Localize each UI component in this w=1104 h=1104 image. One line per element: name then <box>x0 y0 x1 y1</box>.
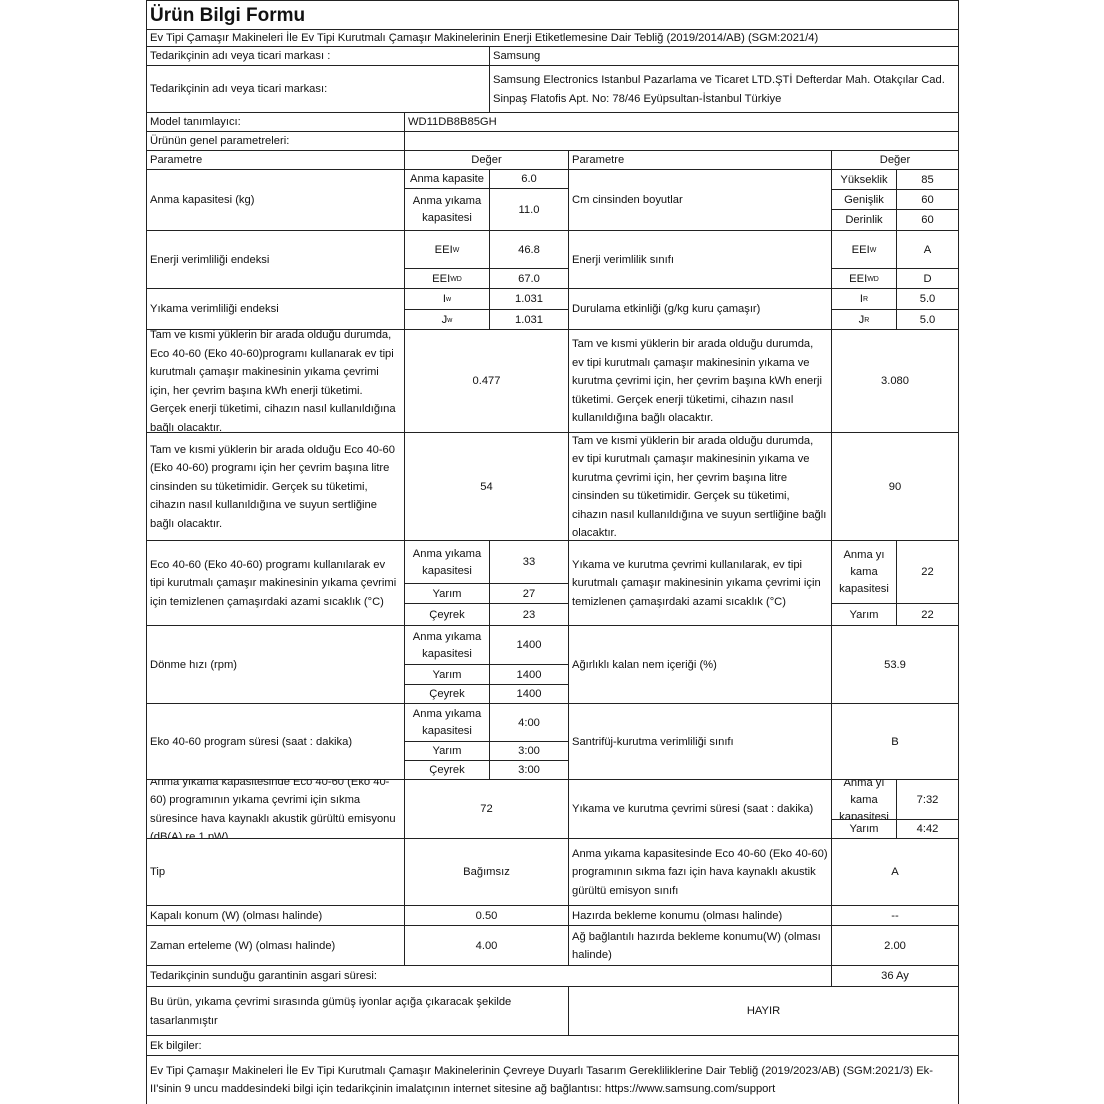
energy-washdry-label: Tam ve kısmi yüklerin bir arada olduğu d… <box>568 329 832 434</box>
delay-start-value: 4.00 <box>404 925 569 967</box>
rinse-eff-value-text: 5.0 <box>920 291 936 308</box>
spin-label-text: Dönme hızı (rpm) <box>150 657 237 674</box>
wash-eff-value-text: 1.031 <box>515 312 543 329</box>
spin-sub-text: Çeyrek <box>429 686 464 703</box>
capacity-value-text: 11.0 <box>519 202 540 219</box>
spin-value-text: 1400 <box>517 637 542 654</box>
temp-washdry-value-text: 22 <box>921 564 933 581</box>
dimensions-label-text: Cm cinsinden boyutlar <box>572 192 683 209</box>
energy-class-value: A <box>896 230 959 270</box>
silver-ions-label: Bu ürün, yıkama çevrimi sırasında gümüş … <box>146 986 569 1037</box>
water-wash-label-text: Tam ve kısmi yüklerin bir arada olduğu E… <box>150 441 401 534</box>
general-params-empty <box>404 131 959 152</box>
duration-label-text: Eko 40-60 program süresi (saat : dakika) <box>150 734 352 751</box>
model-value-text: WD11DB8B85GH <box>408 114 497 131</box>
spin-sub: Yarım <box>404 664 490 686</box>
value-header-right-text: Değer <box>880 152 910 169</box>
dimension-value: 85 <box>896 169 959 191</box>
rinse-eff-value: 5.0 <box>896 309 959 331</box>
wash-eff-label: Yıkama verimliliği endeksi <box>146 288 405 331</box>
warranty-label: Tedarikçinin sunduğu garantinin asgari s… <box>146 965 832 988</box>
wash-eff-value: 1.031 <box>489 288 569 311</box>
temp-wash-value: 23 <box>489 603 569 627</box>
energy-wash-value-text: 0.477 <box>473 373 501 390</box>
warranty-label-text: Tedarikçinin sunduğu garantinin asgari s… <box>150 968 377 985</box>
wash-eff-value: 1.031 <box>489 309 569 331</box>
value-header-left: Değer <box>404 150 569 171</box>
eei-sub: EEIWD <box>404 268 490 290</box>
temp-washdry-label: Yıkama ve kurutma çevrimi kullanılarak, … <box>568 540 832 627</box>
supplier-address-label: Tedarikçinin adı veya ticari markası: <box>146 65 490 114</box>
spin-class-label: Santrifüj-kurutma verimliliği sınıfı <box>568 703 832 781</box>
washdry-duration-label-text: Yıkama ve kurutma çevrimi süresi (saat :… <box>572 801 813 818</box>
model-label: Model tanımlayıcı: <box>146 112 405 133</box>
duration-sub: Yarım <box>404 741 490 762</box>
eei-label-text: Enerji verimliliği endeksi <box>150 252 269 269</box>
washdry-duration-sub: Anma yı kama kapasitesi <box>831 779 897 821</box>
spin-class-value: B <box>831 703 959 781</box>
eei-sub-subscript: W <box>453 242 460 259</box>
rinse-eff-label-text: Durulama etkinliği (g/kg kuru çamaşır) <box>572 301 760 318</box>
supplier-name-label: Tedarikçinin adı veya ticari markası : <box>146 46 490 67</box>
dimension-value: 60 <box>896 209 959 232</box>
temp-washdry-value: 22 <box>896 540 959 605</box>
off-mode-value-text: 0.50 <box>476 908 498 925</box>
dimension-sub: Yükseklik <box>831 169 897 191</box>
dimension-sub: Derinlik <box>831 209 897 232</box>
network-standby-value: 2.00 <box>831 925 959 967</box>
network-standby-label: Ağ bağlantılı hazırda bekleme konumu(W) … <box>568 925 832 967</box>
noise-class-value: A <box>831 838 959 907</box>
moisture-value-text: 53.9 <box>884 657 906 674</box>
energy-washdry-value-text: 3.080 <box>881 373 909 390</box>
wash-eff-sub-subscript: w <box>447 312 452 329</box>
dimension-sub-text: Genişlik <box>844 192 884 209</box>
warranty-value: 36 Ay <box>831 965 959 988</box>
water-washdry-value-text: 90 <box>889 479 901 496</box>
energy-class-sub-subscript: WD <box>867 271 879 288</box>
duration-sub-text: Yarım <box>432 743 461 760</box>
duration-sub-text: Çeyrek <box>429 762 464 779</box>
wash-eff-label-text: Yıkama verimliliği endeksi <box>150 301 279 318</box>
delay-start-value-text: 4.00 <box>476 938 498 955</box>
spin-class-label-text: Santrifüj-kurutma verimliliği sınıfı <box>572 734 734 751</box>
temp-wash-sub: Yarım <box>404 583 490 605</box>
duration-sub: Anma yıkama kapasitesi <box>404 703 490 743</box>
duration-value-text: 3:00 <box>518 743 540 760</box>
supplier-address-label-text: Tedarikçinin adı veya ticari markası: <box>150 81 327 98</box>
silver-ions-label-text: Bu ürün, yıkama çevrimi sırasında gümüş … <box>150 993 565 1030</box>
washdry-duration-value-text: 4:42 <box>917 821 939 838</box>
duration-sub-text: Anma yıkama kapasitesi <box>408 706 486 740</box>
temp-wash-label-text: Eco 40-60 (Eko 40-60) programı kullanıla… <box>150 556 401 612</box>
eei-sub-subscript: WD <box>450 271 462 288</box>
energy-class-value-text: A <box>924 242 931 259</box>
duration-sub: Çeyrek <box>404 760 490 781</box>
washdry-duration-value: 4:42 <box>896 819 959 840</box>
moisture-label: Ağırlıklı kalan nem içeriği (%) <box>568 625 832 705</box>
temp-washdry-sub: Anma yı kama kapasitesi <box>831 540 897 605</box>
supplier-name-value-text: Samsung <box>493 48 540 65</box>
temp-wash-value-text: 33 <box>523 554 535 571</box>
standby-label-text: Hazırda bekleme konumu (olması halinde) <box>572 908 782 925</box>
rinse-eff-label: Durulama etkinliği (g/kg kuru çamaşır) <box>568 288 832 331</box>
duration-value-text: 3:00 <box>518 762 540 779</box>
temp-wash-value-text: 23 <box>523 607 535 624</box>
eei-label: Enerji verimliliği endeksi <box>146 230 405 290</box>
temp-wash-sub-text: Yarım <box>432 586 461 603</box>
type-value-text: Bağımsız <box>463 864 510 881</box>
wash-eff-sub: Jw <box>404 309 490 331</box>
dimensions-label: Cm cinsinden boyutlar <box>568 169 832 232</box>
washdry-duration-label: Yıkama ve kurutma çevrimi süresi (saat :… <box>568 779 832 840</box>
energy-class-sub-text: EEI <box>849 271 867 288</box>
rinse-eff-sub: IR <box>831 288 897 311</box>
param-header-left-text: Parametre <box>150 152 202 169</box>
param-header-right-text: Parametre <box>572 152 624 169</box>
capacity-sub: Anma yıkama kapasitesi <box>404 188 490 232</box>
extra-info-label: Ek bilgiler: <box>146 1035 959 1057</box>
spin-sub-text: Anma yıkama kapasitesi <box>408 629 486 663</box>
energy-class-sub-text: EEI <box>852 242 870 259</box>
delay-start-label-text: Zaman erteleme (W) (olması halinde) <box>150 938 335 955</box>
dimension-sub: Genişlik <box>831 189 897 211</box>
standby-value-text: -- <box>891 908 898 925</box>
dimension-sub-text: Derinlik <box>845 212 882 229</box>
energy-class-label-text: Enerji verimlilik sınıfı <box>572 252 674 269</box>
standby-label: Hazırda bekleme konumu (olması halinde) <box>568 905 832 927</box>
temp-washdry-sub-text: Anma yı kama kapasitesi <box>835 547 893 598</box>
noise-value: 72 <box>404 779 569 840</box>
type-label: Tip <box>146 838 405 907</box>
temp-wash-label: Eco 40-60 (Eko 40-60) programı kullanıla… <box>146 540 405 627</box>
spin-value: 1400 <box>489 625 569 666</box>
dimension-sub-text: Yükseklik <box>840 172 887 189</box>
spin-label: Dönme hızı (rpm) <box>146 625 405 705</box>
water-wash-value-text: 54 <box>480 479 492 496</box>
water-washdry-label: Tam ve kısmi yüklerin bir arada olduğu d… <box>568 432 832 542</box>
type-value: Bağımsız <box>404 838 569 907</box>
param-header-right: Parametre <box>568 150 832 171</box>
type-label-text: Tip <box>150 864 165 881</box>
dimension-value-text: 85 <box>921 172 933 189</box>
energy-class-sub-subscript: W <box>870 242 877 259</box>
temp-washdry-sub: Yarım <box>831 603 897 627</box>
energy-washdry-label-text: Tam ve kısmi yüklerin bir arada olduğu d… <box>572 335 828 428</box>
temp-wash-value: 27 <box>489 583 569 605</box>
energy-class-value: D <box>896 268 959 290</box>
capacity-sub-text: Anma yıkama kapasitesi <box>408 193 486 227</box>
temp-wash-sub: Anma yıkama kapasitesi <box>404 540 490 585</box>
dimension-value-text: 60 <box>921 192 933 209</box>
energy-class-sub: EEIW <box>831 230 897 270</box>
off-mode-label-text: Kapalı konum (W) (olması halinde) <box>150 908 322 925</box>
spin-sub-text: Yarım <box>432 667 461 684</box>
wash-eff-sub: Iw <box>404 288 490 311</box>
energy-wash-label: Tam ve kısmi yüklerin bir arada olduğu d… <box>146 329 405 434</box>
water-washdry-label-text: Tam ve kısmi yüklerin bir arada olduğu d… <box>572 432 828 542</box>
extra-info-text-text: Ev Tipi Çamaşır Makineleri İle Ev Tipi K… <box>150 1062 955 1099</box>
duration-label: Eko 40-60 program süresi (saat : dakika) <box>146 703 405 781</box>
capacity-label: Anma kapasitesi (kg) <box>146 169 405 232</box>
capacity-value: 6.0 <box>489 169 569 190</box>
noise-class-label-text: Anma yıkama kapasitesinde Eco 40-60 (Eko… <box>572 845 828 901</box>
form-title-text: Ürün Bilgi Formu <box>150 4 305 28</box>
duration-value: 3:00 <box>489 741 569 762</box>
eei-value-text: 46.8 <box>518 242 540 259</box>
eei-sub: EEIW <box>404 230 490 270</box>
wash-eff-value-text: 1.031 <box>515 291 543 308</box>
duration-value-text: 4:00 <box>518 715 540 732</box>
energy-washdry-value: 3.080 <box>831 329 959 434</box>
value-header-left-text: Değer <box>471 152 501 169</box>
water-wash-label: Tam ve kısmi yüklerin bir arada olduğu E… <box>146 432 405 542</box>
spin-value: 1400 <box>489 684 569 705</box>
temp-washdry-label-text: Yıkama ve kurutma çevrimi kullanılarak, … <box>572 556 828 612</box>
noise-label: Anma yıkama kapasitesinde Eco 40-60 (Eko… <box>146 779 405 840</box>
supplier-address-value: Samsung Electronics Istanbul Pazarlama v… <box>489 65 959 114</box>
capacity-label-text: Anma kapasitesi (kg) <box>150 192 254 209</box>
duration-value: 4:00 <box>489 703 569 743</box>
eei-value: 67.0 <box>489 268 569 290</box>
washdry-duration-value-text: 7:32 <box>917 792 939 809</box>
off-mode-value: 0.50 <box>404 905 569 927</box>
temp-wash-value: 33 <box>489 540 569 585</box>
dimension-value-text: 60 <box>921 212 933 229</box>
noise-value-text: 72 <box>480 801 492 818</box>
moisture-label-text: Ağırlıklı kalan nem içeriği (%) <box>572 657 717 674</box>
standby-value: -- <box>831 905 959 927</box>
washdry-duration-sub-text: Yarım <box>849 821 878 838</box>
energy-class-label: Enerji verimlilik sınıfı <box>568 230 832 290</box>
delay-start-label: Zaman erteleme (W) (olması halinde) <box>146 925 405 967</box>
noise-label-text: Anma yıkama kapasitesinde Eco 40-60 (Eko… <box>150 779 401 840</box>
rinse-eff-sub: JR <box>831 309 897 331</box>
rinse-eff-sub-subscript: R <box>863 291 868 308</box>
capacity-sub-text: Anma kapasite <box>410 171 484 188</box>
warranty-value-text: 36 Ay <box>881 968 909 985</box>
capacity-sub: Anma kapasite <box>404 169 490 190</box>
extra-info-text: Ev Tipi Çamaşır Makineleri İle Ev Tipi K… <box>146 1055 959 1104</box>
temp-wash-sub-text: Anma yıkama kapasitesi <box>408 546 486 580</box>
general-params-label: Ürünün genel parametreleri: <box>146 131 405 152</box>
supplier-address-value-text: Samsung Electronics Istanbul Pazarlama v… <box>493 71 955 108</box>
temp-wash-value-text: 27 <box>523 586 535 603</box>
extra-info-label-text: Ek bilgiler: <box>150 1038 202 1055</box>
spin-sub: Çeyrek <box>404 684 490 705</box>
washdry-duration-value: 7:32 <box>896 779 959 821</box>
network-standby-value-text: 2.00 <box>884 938 906 955</box>
energy-wash-label-text: Tam ve kısmi yüklerin bir arada olduğu d… <box>150 329 401 434</box>
noise-class-label: Anma yıkama kapasitesinde Eco 40-60 (Eko… <box>568 838 832 907</box>
eei-sub-text: EEI <box>435 242 453 259</box>
silver-ions-value-text: HAYIR <box>747 1003 780 1020</box>
water-wash-value: 54 <box>404 432 569 542</box>
energy-wash-value: 0.477 <box>404 329 569 434</box>
model-value: WD11DB8B85GH <box>404 112 959 133</box>
spin-value-text: 1400 <box>517 686 542 703</box>
temp-wash-sub-text: Çeyrek <box>429 607 464 624</box>
capacity-value-text: 6.0 <box>521 171 537 188</box>
temp-washdry-sub-text: Yarım <box>849 607 878 624</box>
regulation-text-text: Ev Tipi Çamaşır Makineleri İle Ev Tipi K… <box>150 30 818 47</box>
rinse-eff-value: 5.0 <box>896 288 959 311</box>
silver-ions-value: HAYIR <box>568 986 959 1037</box>
eei-value-text: 67.0 <box>518 271 540 288</box>
spin-class-value-text: B <box>891 734 898 751</box>
network-standby-label-text: Ağ bağlantılı hazırda bekleme konumu(W) … <box>572 928 828 965</box>
supplier-name-label-text: Tedarikçinin adı veya ticari markası : <box>150 48 330 65</box>
value-header-right: Değer <box>831 150 959 171</box>
energy-class-sub: EEIWD <box>831 268 897 290</box>
washdry-duration-sub: Yarım <box>831 819 897 840</box>
capacity-value: 11.0 <box>489 188 569 232</box>
noise-class-value-text: A <box>891 864 898 881</box>
temp-washdry-value: 22 <box>896 603 959 627</box>
temp-washdry-value-text: 22 <box>921 607 933 624</box>
spin-sub: Anma yıkama kapasitesi <box>404 625 490 666</box>
eei-value: 46.8 <box>489 230 569 270</box>
duration-value: 3:00 <box>489 760 569 781</box>
off-mode-label: Kapalı konum (W) (olması halinde) <box>146 905 405 927</box>
model-label-text: Model tanımlayıcı: <box>150 114 241 131</box>
washdry-duration-sub-text: Anma yı kama kapasitesi <box>835 779 893 821</box>
spin-value-text: 1400 <box>517 667 542 684</box>
temp-wash-sub: Çeyrek <box>404 603 490 627</box>
energy-class-value-text: D <box>923 271 931 288</box>
form-title: Ürün Bilgi Formu <box>146 0 959 31</box>
param-header-left: Parametre <box>146 150 405 171</box>
moisture-value: 53.9 <box>831 625 959 705</box>
spin-value: 1400 <box>489 664 569 686</box>
rinse-eff-value-text: 5.0 <box>920 312 936 329</box>
general-params-label-text: Ürünün genel parametreleri: <box>150 133 289 150</box>
water-washdry-value: 90 <box>831 432 959 542</box>
eei-sub-text: EEI <box>432 271 450 288</box>
supplier-name-value: Samsung <box>489 46 959 67</box>
rinse-eff-sub-subscript: R <box>864 312 869 329</box>
wash-eff-sub-subscript: w <box>446 291 451 308</box>
dimension-value: 60 <box>896 189 959 211</box>
